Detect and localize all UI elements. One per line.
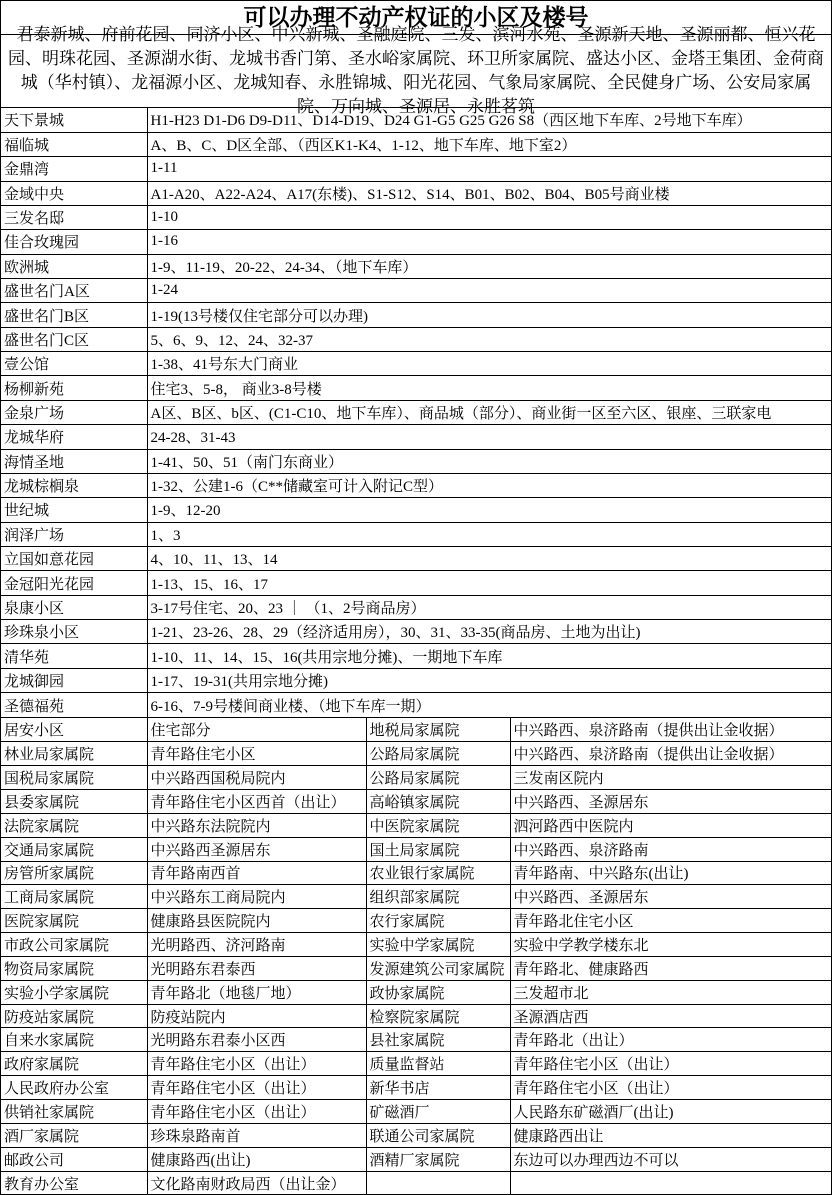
unit-row: 邮政公司健康路西(出让)酒精厂家属院东边可以办理西边不可以	[1, 1147, 831, 1171]
unit-right-cell: 质量监督站	[366, 1052, 510, 1076]
community-row: 海情圣地1-41、50、51（南门东商业）	[1, 449, 831, 473]
unit-row: 市政公司家属院光明路西、济河路南实验中学家属院实验中学教学楼东北	[1, 933, 831, 957]
name-cell: 盛世名门B区	[1, 303, 147, 327]
unit-right-cell: 农业银行家属院	[366, 861, 510, 885]
community-row: 龙城棕榈泉1-32、公建1-6（C**储藏室可计入附记C型）	[1, 473, 831, 497]
addr-right-cell: 中兴路西、泉济路南（提供出让金收据）	[510, 718, 831, 742]
community-row: 珍珠泉小区1-21、23-26、28、29（经济适用房），30、31、33-35…	[1, 620, 831, 644]
addr-left-cell: 中兴路东工商局院内	[147, 885, 366, 909]
name-cell: 欧洲城	[1, 254, 147, 278]
addr-left-cell: 青年路北（地毯厂地）	[147, 980, 366, 1004]
unit-left-cell: 法院家属院	[1, 813, 147, 837]
unit-row: 林业局家属院青年路住宅小区公路局家属院中兴路西、泉济路南（提供出让金收据）	[1, 742, 831, 766]
community-row: 欧洲城1-9、11-19、20-22、24-34、（地下车库）	[1, 254, 831, 278]
name-cell: 金泉广场	[1, 400, 147, 424]
addr-right-cell: 实验中学教学楼东北	[510, 933, 831, 957]
document-page: 可以办理不动产权证的小区及楼号 君泰新城、府前花园、同济小区、中兴新城、圣融庭院…	[0, 0, 832, 1195]
unit-left-cell: 政府家属院	[1, 1052, 147, 1076]
addr-left-cell: 青年路住宅小区（出让）	[147, 1052, 366, 1076]
buildings-cell: 1-10、11、14、15、16(共用宗地分摊)、一期地下车库	[147, 644, 831, 668]
unit-right-cell: 组织部家属院	[366, 885, 510, 909]
buildings-cell: 1-10	[147, 205, 831, 229]
unit-left-cell: 邮政公司	[1, 1147, 147, 1171]
community-row: 壹公馆1-38、41号东大门商业	[1, 352, 831, 376]
unit-locations-section: 居安小区住宅部分地税局家属院中兴路西、泉济路南（提供出让金收据）林业局家属院青年…	[1, 718, 831, 1195]
unit-right-cell: 实验中学家属院	[366, 933, 510, 957]
unit-left-cell: 供销社家属院	[1, 1099, 147, 1123]
unit-right-cell: 中医院家属院	[366, 813, 510, 837]
community-row: 立国如意花园4、10、11、13、14	[1, 546, 831, 570]
unit-right-cell	[366, 1171, 510, 1195]
buildings-cell: 1-24	[147, 279, 831, 303]
unit-row: 法院家属院中兴路东法院院内中医院家属院泗河路西中医院内	[1, 813, 831, 837]
unit-row: 房管所家属院青年路南西首农业银行家属院青年路南、中兴路东(出让)	[1, 861, 831, 885]
buildings-cell: 1-9、11-19、20-22、24-34、（地下车库）	[147, 254, 831, 278]
addr-left-cell: 珍珠泉路南首	[147, 1123, 366, 1147]
buildings-cell: 1-19(13号楼仅住宅部分可以办理)	[147, 303, 831, 327]
unit-row: 县委家属院青年路住宅小区西首（出让）高峪镇家属院中兴路西、圣源居东	[1, 790, 831, 814]
community-row: 金泉广场A区、B区、b区、(C1-C10、地下车库）、商品城（部分）、商业街一区…	[1, 400, 831, 424]
unit-row: 防疫站家属院防疫站院内检察院家属院圣源酒店西	[1, 1004, 831, 1028]
community-row: 圣德福苑6-16、7-9号楼间商业楼、（地下车库一期）	[1, 693, 831, 717]
addr-right-cell: 中兴路西、泉济路南（提供出让金收据）	[510, 742, 831, 766]
unit-left-cell: 市政公司家属院	[1, 933, 147, 957]
buildings-cell: 3-17号住宅、20、23 ｜ （1、2号商品房）	[147, 595, 831, 619]
addr-left-cell: 青年路南西首	[147, 861, 366, 885]
name-cell: 龙城棕榈泉	[1, 473, 147, 497]
addr-right-cell: 中兴路西、圣源居东	[510, 885, 831, 909]
name-cell: 盛世名门A区	[1, 279, 147, 303]
addr-right-cell: 人民路东矿磁酒厂(出让)	[510, 1099, 831, 1123]
addr-left-cell: 防疫站院内	[147, 1004, 366, 1028]
buildings-cell: H1-H23 D1-D6 D9-D11、D14-D19、D24 G1-G5 G2…	[147, 108, 831, 132]
buildings-cell: 1-21、23-26、28、29（经济适用房），30、31、33-35(商品房、…	[147, 620, 831, 644]
name-cell: 佳合玫瑰园	[1, 230, 147, 254]
community-row: 润泽广场1、3	[1, 522, 831, 546]
name-cell: 圣德福苑	[1, 693, 147, 717]
unit-row: 自来水家属院光明路东君泰小区西县社家属院青年路北（出让）	[1, 1028, 831, 1052]
unit-left-cell: 实验小学家属院	[1, 980, 147, 1004]
addr-left-cell: 中兴路西圣源居东	[147, 837, 366, 861]
community-row: 金域中央A1-A20、A22-A24、A17(东楼)、S1-S12、S14、B0…	[1, 181, 831, 205]
addr-right-cell: 青年路住宅小区（出让）	[510, 1052, 831, 1076]
addr-right-cell: 东边可以办理西边不可以	[510, 1147, 831, 1171]
addr-left-cell: 中兴路东法院院内	[147, 813, 366, 837]
unit-left-cell: 房管所家属院	[1, 861, 147, 885]
name-cell: 盛世名门C区	[1, 327, 147, 351]
unit-right-cell: 发源建筑公司家属院	[366, 956, 510, 980]
unit-left-cell: 国税局家属院	[1, 766, 147, 790]
name-cell: 立国如意花园	[1, 546, 147, 570]
unit-right-cell: 县社家属院	[366, 1028, 510, 1052]
addr-right-cell: 中兴路西、泉济路南	[510, 837, 831, 861]
buildings-cell: 1-16	[147, 230, 831, 254]
unit-left-cell: 县委家属院	[1, 790, 147, 814]
buildings-cell: A、B、C、D区全部、（西区K1-K4、1-12、地下车库、地下室2）	[147, 132, 831, 156]
addr-right-cell: 青年路北、健康路西	[510, 956, 831, 980]
name-cell: 龙城御园	[1, 668, 147, 692]
name-cell: 金鼎湾	[1, 157, 147, 181]
addr-left-cell: 光明路西、济河路南	[147, 933, 366, 957]
unit-right-cell: 矿磁酒厂	[366, 1099, 510, 1123]
name-cell: 金域中央	[1, 181, 147, 205]
name-cell: 三发名邸	[1, 205, 147, 229]
buildings-cell: 1-11	[147, 157, 831, 181]
buildings-cell: 1、3	[147, 522, 831, 546]
unit-left-cell: 物资局家属院	[1, 956, 147, 980]
community-buildings-table-body: 天下景城H1-H23 D1-D6 D9-D11、D14-D19、D24 G1-G…	[1, 108, 831, 717]
addr-left-cell: 光明路东君泰西	[147, 956, 366, 980]
unit-left-cell: 工商局家属院	[1, 885, 147, 909]
buildings-cell: A1-A20、A22-A24、A17(东楼)、S1-S12、S14、B01、B0…	[147, 181, 831, 205]
unit-row: 国税局家属院中兴路西国税局院内公路局家属院三发南区院内	[1, 766, 831, 790]
name-cell: 海情圣地	[1, 449, 147, 473]
unit-left-cell: 自来水家属院	[1, 1028, 147, 1052]
addr-right-cell	[510, 1171, 831, 1195]
unit-row: 物资局家属院光明路东君泰西发源建筑公司家属院青年路北、健康路西	[1, 956, 831, 980]
eligible-communities-intro: 君泰新城、府前花园、同济小区、中兴新城、圣融庭院、三发、滨河水苑、圣源新天地、圣…	[1, 35, 831, 108]
addr-right-cell: 中兴路西、圣源居东	[510, 790, 831, 814]
unit-left-cell: 防疫站家属院	[1, 1004, 147, 1028]
community-row: 盛世名门C区5、6、9、12、24、32-37	[1, 327, 831, 351]
addr-left-cell: 中兴路西国税局院内	[147, 766, 366, 790]
unit-row: 供销社家属院青年路住宅小区（出让）矿磁酒厂人民路东矿磁酒厂(出让)	[1, 1099, 831, 1123]
name-cell: 泉康小区	[1, 595, 147, 619]
buildings-cell: 1-17、19-31(共用宗地分摊)	[147, 668, 831, 692]
name-cell: 龙城华府	[1, 425, 147, 449]
unit-row: 政府家属院青年路住宅小区（出让）质量监督站青年路住宅小区（出让）	[1, 1052, 831, 1076]
community-row: 杨柳新苑住宅3、5-8， 商业3-8号楼	[1, 376, 831, 400]
unit-row: 酒厂家属院珍珠泉路南首联通公司家属院健康路西出让	[1, 1123, 831, 1147]
community-row: 福临城A、B、C、D区全部、（西区K1-K4、1-12、地下车库、地下室2）	[1, 132, 831, 156]
buildings-cell: 住宅3、5-8， 商业3-8号楼	[147, 376, 831, 400]
community-row: 金冠阳光花园1-13、15、16、17	[1, 571, 831, 595]
unit-right-cell: 地税局家属院	[366, 718, 510, 742]
name-cell: 世纪城	[1, 498, 147, 522]
addr-right-cell: 三发超市北	[510, 980, 831, 1004]
community-buildings-section: 天下景城H1-H23 D1-D6 D9-D11、D14-D19、D24 G1-G…	[1, 108, 831, 718]
unit-left-cell: 酒厂家属院	[1, 1123, 147, 1147]
addr-right-cell: 青年路南、中兴路东(出让)	[510, 861, 831, 885]
addr-right-cell: 三发南区院内	[510, 766, 831, 790]
buildings-cell: 1-13、15、16、17	[147, 571, 831, 595]
unit-right-cell: 酒精厂家属院	[366, 1147, 510, 1171]
addr-left-cell: 健康路西(出让)	[147, 1147, 366, 1171]
buildings-cell: 1-9、12-20	[147, 498, 831, 522]
addr-right-cell: 健康路西出让	[510, 1123, 831, 1147]
buildings-cell: 6-16、7-9号楼间商业楼、（地下车库一期）	[147, 693, 831, 717]
community-row: 清华苑1-10、11、14、15、16(共用宗地分摊)、一期地下车库	[1, 644, 831, 668]
community-buildings-table: 天下景城H1-H23 D1-D6 D9-D11、D14-D19、D24 G1-G…	[1, 108, 831, 717]
unit-row: 医院家属院健康路县医院院内农行家属院青年路北住宅小区	[1, 909, 831, 933]
buildings-cell: 1-32、公建1-6（C**储藏室可计入附记C型）	[147, 473, 831, 497]
addr-right-cell: 青年路住宅小区（出让）	[510, 1076, 831, 1100]
name-cell: 金冠阳光花园	[1, 571, 147, 595]
community-row: 佳合玫瑰园1-16	[1, 230, 831, 254]
addr-left-cell: 青年路住宅小区（出让）	[147, 1099, 366, 1123]
name-cell: 福临城	[1, 132, 147, 156]
unit-locations-table-body: 居安小区住宅部分地税局家属院中兴路西、泉济路南（提供出让金收据）林业局家属院青年…	[1, 718, 831, 1195]
unit-left-cell: 交通局家属院	[1, 837, 147, 861]
name-cell: 润泽广场	[1, 522, 147, 546]
unit-left-cell: 医院家属院	[1, 909, 147, 933]
community-row: 世纪城1-9、12-20	[1, 498, 831, 522]
unit-right-cell: 高峪镇家属院	[366, 790, 510, 814]
unit-row: 实验小学家属院青年路北（地毯厂地）政协家属院三发超市北	[1, 980, 831, 1004]
unit-row: 工商局家属院中兴路东工商局院内组织部家属院中兴路西、圣源居东	[1, 885, 831, 909]
unit-right-cell: 农行家属院	[366, 909, 510, 933]
unit-left-cell: 林业局家属院	[1, 742, 147, 766]
addr-right-cell: 青年路北住宅小区	[510, 909, 831, 933]
addr-left-cell: 青年路住宅小区	[147, 742, 366, 766]
name-cell: 杨柳新苑	[1, 376, 147, 400]
unit-row: 交通局家属院中兴路西圣源居东国土局家属院中兴路西、泉济路南	[1, 837, 831, 861]
unit-right-cell: 联通公司家属院	[366, 1123, 510, 1147]
community-row: 龙城华府24-28、31-43	[1, 425, 831, 449]
addr-left-cell: 光明路东君泰小区西	[147, 1028, 366, 1052]
name-cell: 珍珠泉小区	[1, 620, 147, 644]
unit-right-cell: 新华书店	[366, 1076, 510, 1100]
unit-left-cell: 教育办公室	[1, 1171, 147, 1195]
unit-row: 教育办公室文化路南财政局西（出让金）	[1, 1171, 831, 1195]
buildings-cell: 24-28、31-43	[147, 425, 831, 449]
unit-row: 人民政府办公室青年路住宅小区（出让）新华书店青年路住宅小区（出让）	[1, 1076, 831, 1100]
community-row: 三发名邸1-10	[1, 205, 831, 229]
community-row: 盛世名门A区1-24	[1, 279, 831, 303]
name-cell: 清华苑	[1, 644, 147, 668]
unit-right-cell: 公路局家属院	[366, 766, 510, 790]
addr-right-cell: 青年路北（出让）	[510, 1028, 831, 1052]
addr-left-cell: 文化路南财政局西（出让金）	[147, 1171, 366, 1195]
buildings-cell: A区、B区、b区、(C1-C10、地下车库）、商品城（部分）、商业街一区至六区、…	[147, 400, 831, 424]
community-row: 盛世名门B区1-19(13号楼仅住宅部分可以办理)	[1, 303, 831, 327]
buildings-cell: 1-41、50、51（南门东商业）	[147, 449, 831, 473]
unit-right-cell: 公路局家属院	[366, 742, 510, 766]
unit-left-cell: 人民政府办公室	[1, 1076, 147, 1100]
addr-left-cell: 青年路住宅小区西首（出让）	[147, 790, 366, 814]
name-cell: 壹公馆	[1, 352, 147, 376]
addr-right-cell: 泗河路西中医院内	[510, 813, 831, 837]
unit-locations-table: 居安小区住宅部分地税局家属院中兴路西、泉济路南（提供出让金收据）林业局家属院青年…	[1, 718, 831, 1195]
addr-left-cell: 健康路县医院院内	[147, 909, 366, 933]
buildings-cell: 4、10、11、13、14	[147, 546, 831, 570]
community-row: 金鼎湾1-11	[1, 157, 831, 181]
unit-right-cell: 政协家属院	[366, 980, 510, 1004]
unit-right-cell: 检察院家属院	[366, 1004, 510, 1028]
unit-row: 居安小区住宅部分地税局家属院中兴路西、泉济路南（提供出让金收据）	[1, 718, 831, 742]
addr-right-cell: 圣源酒店西	[510, 1004, 831, 1028]
unit-right-cell: 国土局家属院	[366, 837, 510, 861]
community-row: 泉康小区3-17号住宅、20、23 ｜ （1、2号商品房）	[1, 595, 831, 619]
unit-left-cell: 居安小区	[1, 718, 147, 742]
buildings-cell: 1-38、41号东大门商业	[147, 352, 831, 376]
buildings-cell: 5、6、9、12、24、32-37	[147, 327, 831, 351]
addr-left-cell: 青年路住宅小区（出让）	[147, 1076, 366, 1100]
addr-left-cell: 住宅部分	[147, 718, 366, 742]
community-row: 龙城御园1-17、19-31(共用宗地分摊)	[1, 668, 831, 692]
